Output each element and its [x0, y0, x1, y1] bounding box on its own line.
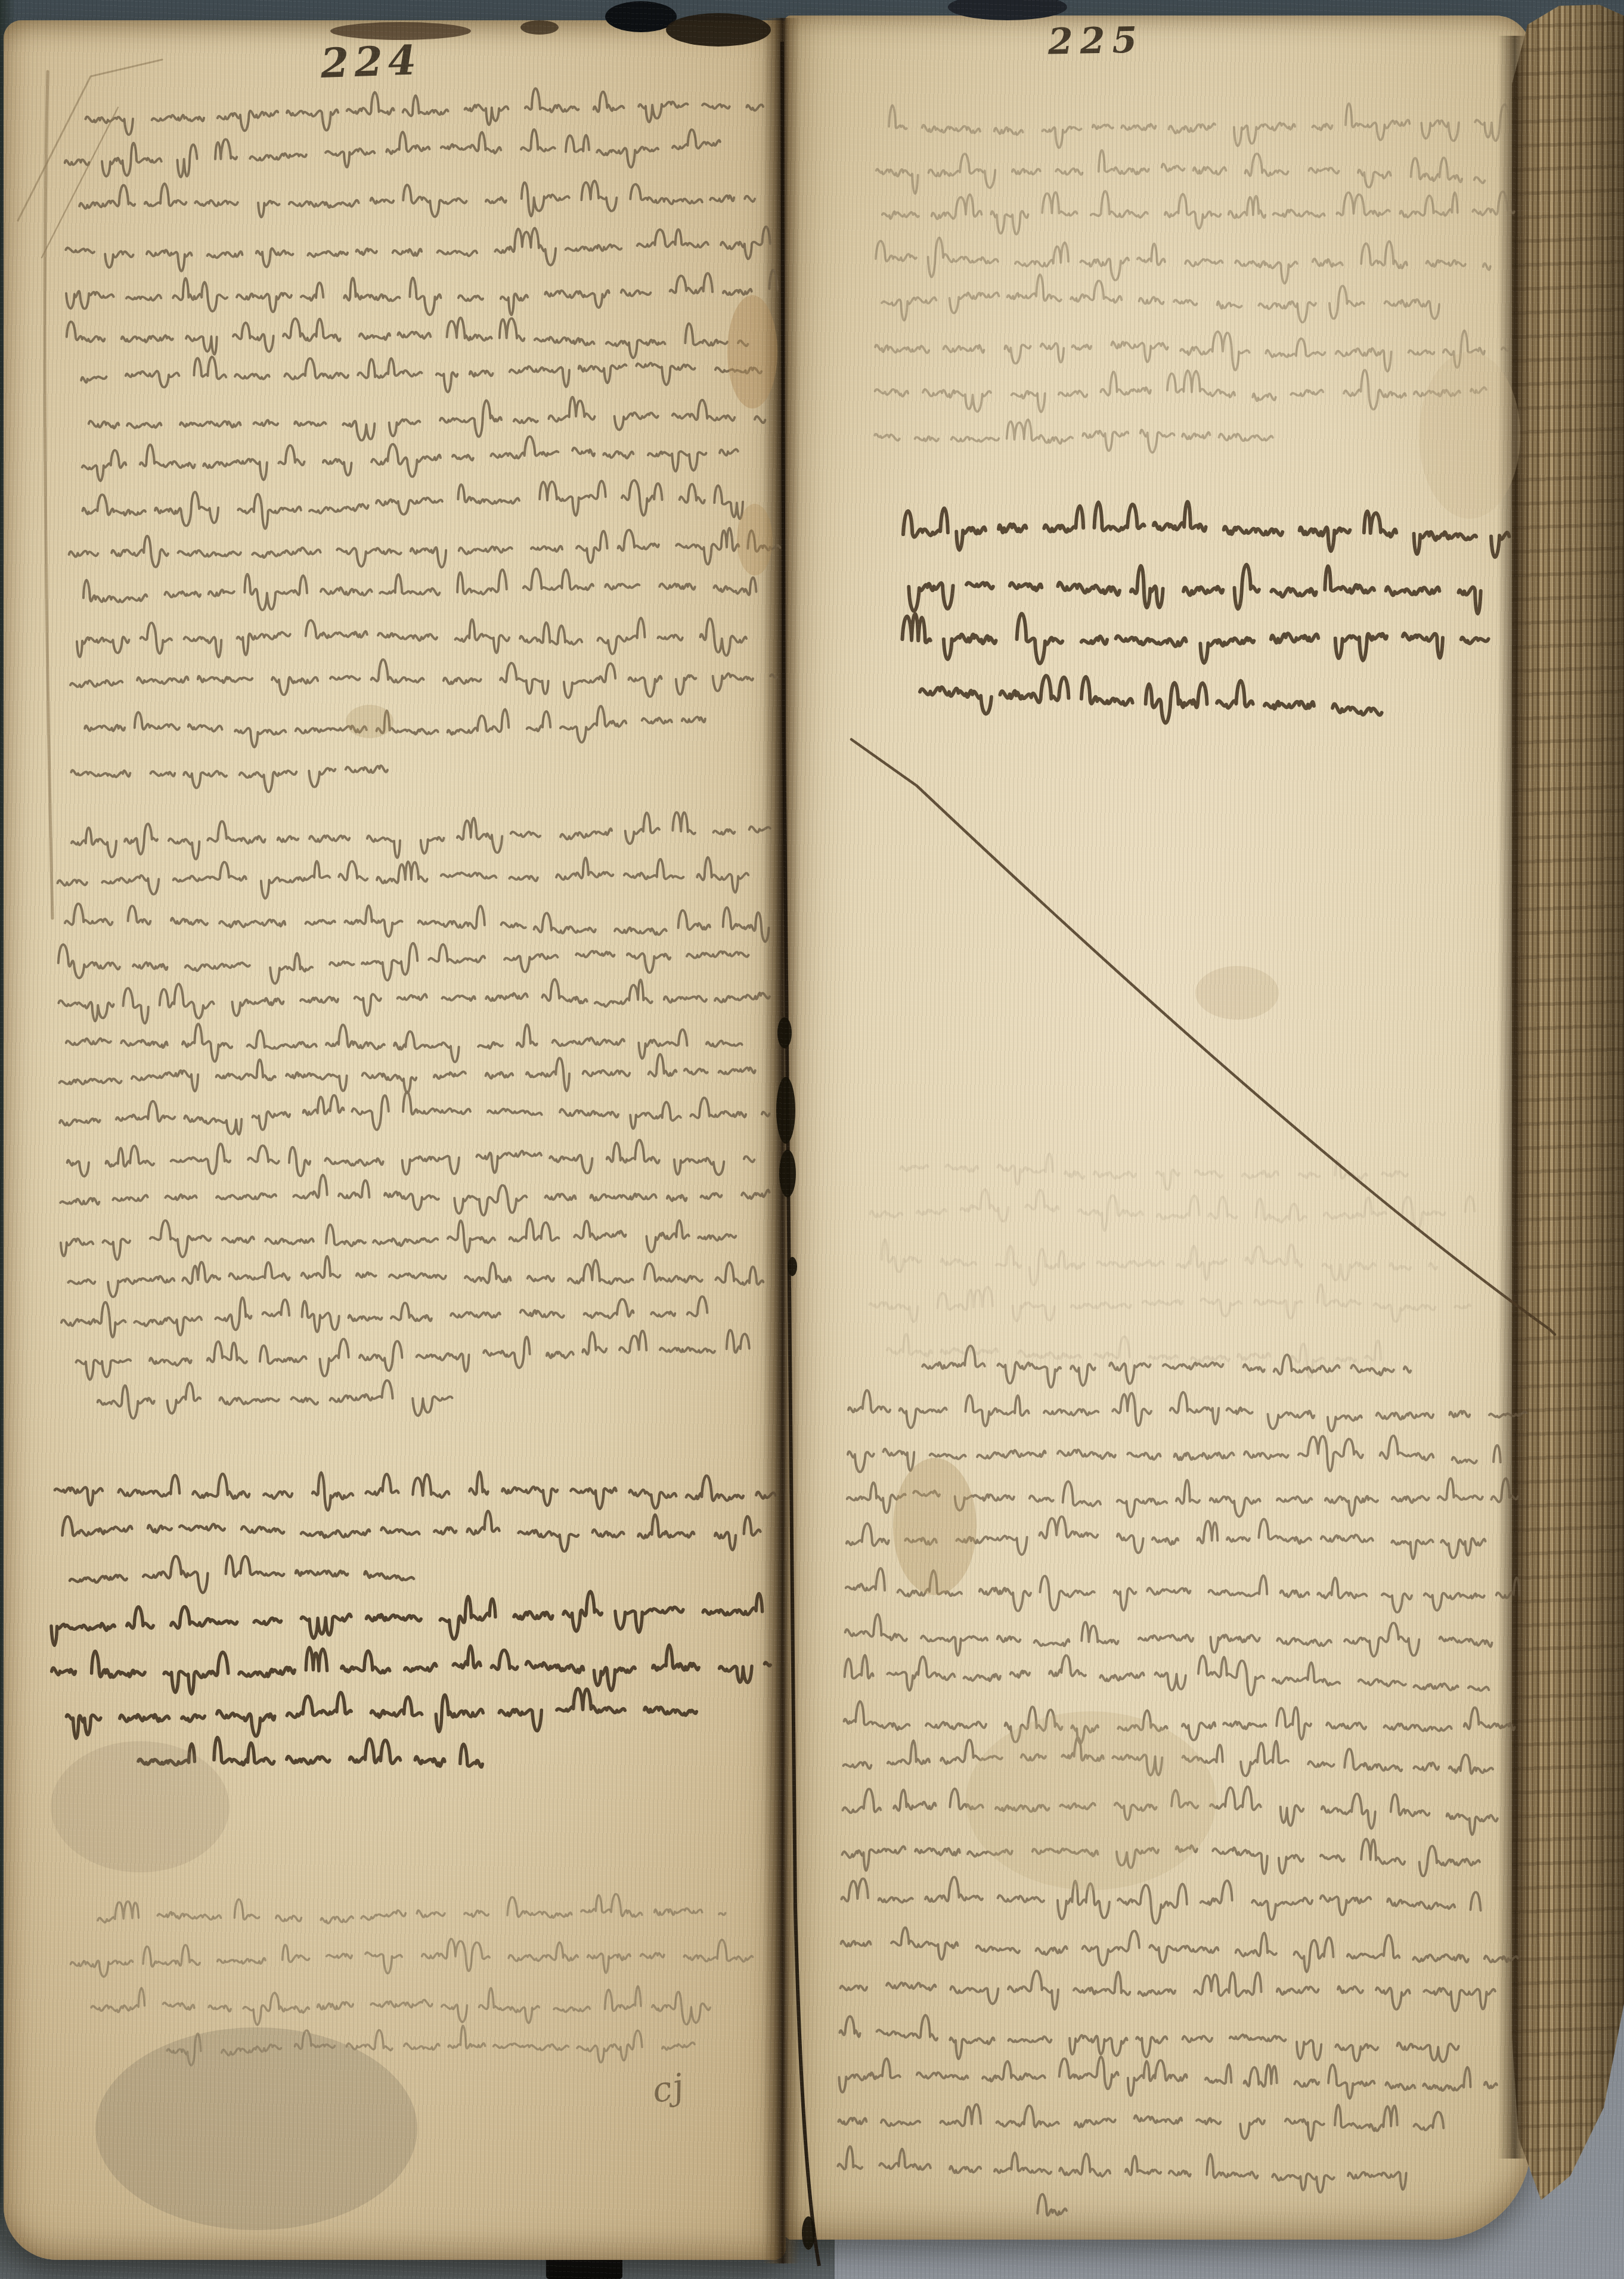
handwriting-line [1037, 2194, 1067, 2216]
handwriting-line [58, 977, 770, 1024]
handwriting-line [909, 562, 1481, 616]
handwriting-line [51, 1590, 763, 1645]
handwriting-line [902, 612, 1489, 667]
handwriting-line [66, 1019, 742, 1066]
handwriting-line [839, 2014, 1459, 2066]
handwriting-line [66, 270, 778, 320]
handwriting-line [97, 1380, 452, 1419]
handwriting-line [91, 1985, 710, 2027]
handwriting-line [88, 395, 765, 443]
handwriting-line [76, 1330, 749, 1380]
handwriting-line [839, 2053, 1498, 2101]
handwriting-left-entry-2 [57, 812, 776, 1419]
handwriting-line [64, 128, 720, 178]
handwriting-line [55, 1469, 776, 1513]
handwriting-line [870, 1188, 1474, 1233]
handwriting-line [875, 367, 1486, 414]
handwriting-line [66, 1687, 697, 1739]
handwriting-right-top-entry [875, 101, 1515, 454]
paper-stain [1419, 352, 1520, 519]
handwriting-line [838, 2146, 1406, 2193]
handwriting-line [61, 1293, 708, 1337]
page-number-left: 224 [320, 36, 423, 88]
binding-stitch-knot [776, 1077, 795, 1144]
handwriting-line [70, 1937, 753, 1977]
page-number-right: 225 [1047, 20, 1144, 63]
handwriting-line [67, 314, 748, 364]
edge-debris [520, 20, 559, 35]
binding-stitch-knot [777, 1017, 792, 1048]
handwriting-line [57, 856, 748, 900]
handwriting-line [882, 274, 1439, 323]
handwriting-line [70, 1555, 414, 1594]
paper-stain [1195, 966, 1279, 1020]
handwriting-line [61, 1215, 736, 1260]
paper-stain [737, 504, 773, 575]
binding-stitch-knot [802, 2216, 815, 2250]
handwriting-line [875, 327, 1510, 372]
paper-stain [346, 705, 393, 738]
handwriting-line [882, 1240, 1437, 1289]
handwriting-line [65, 897, 769, 947]
handwriting-line [85, 705, 705, 749]
handwriting-line [876, 237, 1490, 284]
diagonal-cancellation-stroke [851, 739, 1555, 1334]
handwriting-line [62, 1509, 760, 1555]
handwriting-line [922, 1345, 1411, 1392]
handwriting-line [71, 812, 770, 861]
handwriting-line [60, 1088, 770, 1136]
handwriting-line [845, 1614, 1492, 1662]
handwriting-line [67, 1139, 754, 1181]
handwriting-line [58, 939, 748, 986]
handwriting-line [79, 178, 755, 221]
paper-stain [893, 1458, 977, 1595]
handwriting-line [840, 1967, 1495, 2016]
handwriting-right-bleedthrough [869, 1153, 1475, 1379]
paper-crease [42, 107, 118, 258]
handwriting-line [83, 566, 757, 612]
handwriting-line [66, 225, 770, 272]
handwriting-line [882, 188, 1514, 237]
handwriting-right-bold-entry [901, 499, 1510, 726]
handwriting-line [82, 479, 743, 531]
handwriting-line [98, 1893, 726, 1924]
scribal-mark-cj: cj [649, 2066, 688, 2111]
binding-stitch-knot [788, 1257, 797, 1276]
handwriting-line [51, 1643, 770, 1695]
paper-crease [18, 60, 162, 221]
edge-debris [666, 13, 771, 47]
handwriting-line [71, 766, 388, 794]
handwriting-line [876, 149, 1484, 197]
edge-debris [605, 1, 677, 32]
handwriting-left-entry-3 [55, 1469, 776, 1594]
handwriting-line [848, 1388, 1527, 1436]
handwriting-line [838, 2098, 1444, 2142]
handwriting-line [69, 528, 780, 571]
edge-debris [948, 0, 1067, 20]
paper-stain [51, 1741, 230, 1872]
binding-stitch-knot [779, 1150, 796, 1197]
handwriting-left-entry-1 [64, 86, 783, 794]
paper-crease [45, 72, 52, 918]
handwriting-line [85, 86, 763, 135]
paper-stain [727, 295, 777, 408]
handwriting-left-entry-5 [70, 1893, 754, 2066]
handwriting-line [844, 1651, 1489, 1698]
handwriting-line [875, 419, 1273, 453]
handwriting-line [841, 1927, 1518, 1975]
handwriting-line [68, 1252, 764, 1297]
handwriting-line [920, 674, 1383, 724]
handwriting-line [70, 655, 777, 703]
paper-stain [966, 1711, 1216, 1890]
handwriting-line [60, 1171, 770, 1219]
handwriting-line [869, 1281, 1470, 1326]
manuscript-scan: 224 225 cj [0, 0, 1624, 2279]
handwriting-line [81, 351, 762, 396]
handwriting-line [841, 1875, 1481, 1928]
handwriting-line [889, 101, 1510, 150]
handwriting-line [59, 1053, 755, 1096]
handwriting-line [82, 434, 738, 482]
paper-stain [95, 2027, 417, 2230]
handwriting-line [77, 616, 747, 662]
handwriting-line [903, 499, 1510, 557]
ink-layer [0, 0, 1624, 2279]
